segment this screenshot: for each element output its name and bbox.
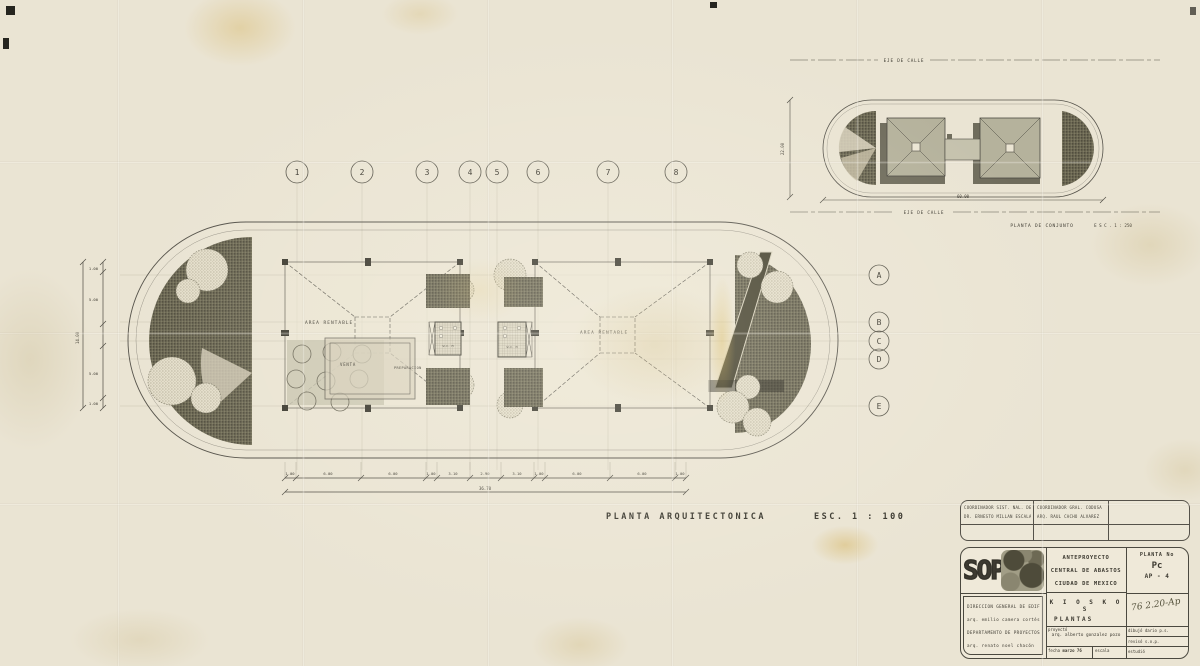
kiosk-roof-right (973, 118, 1040, 184)
plan-scale-text: ESC. 1 : 100 (814, 512, 905, 522)
svg-text:7: 7 (606, 168, 611, 177)
grid-row-bubbles: A B C D E (869, 265, 889, 416)
svg-text:1.00: 1.00 (534, 471, 544, 476)
sop-logo: SOP (961, 548, 1003, 592)
fecha-cell: fecha marzo 76 (1046, 646, 1093, 658)
edge-mark-left (3, 38, 9, 49)
fecha-label: fecha (1048, 648, 1060, 653)
drawing-sheet: 1 2 3 4 5 6 7 8 A B C D E (0, 0, 1200, 666)
coordination-divider-2 (1108, 501, 1109, 540)
svg-text:6.00: 6.00 (323, 471, 333, 476)
escala-label: escala (1095, 648, 1109, 653)
wc-right-label: W.C. H (507, 345, 518, 349)
svg-text:2.90: 2.90 (480, 471, 490, 476)
svg-text:C: C (877, 337, 882, 346)
coordination-hline (961, 524, 1189, 525)
reviso-cell: revisó s.o.p. (1126, 637, 1188, 647)
grid-column-bubbles: 1 2 3 4 5 6 7 8 (286, 161, 687, 183)
coordination-cell1-role: COORDINADOR SIST. NAL. DE ABASTOS (964, 503, 1031, 512)
svg-text:B: B (877, 318, 882, 327)
street-axis-bottom: EJE DE CALLE (790, 210, 1160, 216)
plan-title: PLANTA ARQUITECTONICA ESC. 1 : 100 (606, 512, 905, 522)
svg-text:E: E (877, 402, 882, 411)
svg-text:60.00: 60.00 (957, 194, 970, 199)
kiosk-bridge (945, 134, 980, 160)
svg-text:6.00: 6.00 (388, 471, 398, 476)
department-subtitle: DEPARTAMENTO DE PROYECTOS (967, 626, 1040, 639)
department-cell: DIRECCION GENERAL DE EDIFICIOS arq. emil… (963, 596, 1043, 655)
site-plan-scale: E S C . 1 : 250 (1094, 223, 1132, 228)
fecha-escala-row: fecha marzo 76 escala (1046, 646, 1126, 658)
proyecto-cell: proyectó arq. alberto gonzalez pozo (1046, 626, 1126, 647)
estudio-label: estudió (1128, 649, 1145, 654)
svg-text:3: 3 (425, 168, 430, 177)
svg-text:8: 8 (674, 168, 679, 177)
svg-text:1.00: 1.00 (675, 471, 685, 476)
department-architect-1: arq. emilio camera cortés (967, 613, 1040, 626)
svg-text:A: A (877, 271, 882, 280)
sheet-number-cell: PLANTA No Pc AP - 4 (1126, 548, 1188, 594)
project-line-2: CENTRAL DE ABASTOS (1046, 565, 1126, 578)
kiosk-roof-left (880, 118, 945, 184)
project-line-1: ANTEPROYECTO (1046, 552, 1126, 565)
coordination-cell-2: COORDINADOR GRAL. CODUSA ARQ. RAUL CACHO… (1037, 503, 1106, 523)
coordination-table: COORDINADOR SIST. NAL. DE ABASTOS DR. ER… (960, 500, 1190, 541)
drawing-name: K I O S K O S (1046, 599, 1126, 613)
site-plan-caption: PLANTA DE CONJUNTO (1010, 223, 1073, 229)
title-block: SOP DIRECCION GENERAL DE EDIFICIOS arq. … (960, 547, 1189, 659)
svg-text:1.00: 1.00 (426, 471, 436, 476)
estudio-cell: estudió (1126, 647, 1188, 658)
svg-text:EJE DE CALLE: EJE DE CALLE (884, 58, 925, 64)
total-dim-left: 14.00 (75, 331, 80, 344)
edge-mark-topright (1190, 7, 1196, 15)
proyecto-label: proyectó (1048, 627, 1126, 632)
reviso-value: s.o.p. (1145, 639, 1159, 644)
total-dim-bottom: 36.70 (479, 486, 492, 491)
site-plan: EJE DE CALLE (775, 50, 1195, 235)
coordination-divider-1 (1033, 501, 1034, 540)
coordination-cell1-name: DR. ERNESTO MILLAN ESCALANTE (964, 512, 1031, 521)
wc-blocks: W.C. M W.C. H (429, 322, 532, 357)
svg-text:D: D (877, 355, 882, 364)
venta-label: VENTA (340, 362, 356, 367)
site-dim-left: 22.00 (780, 97, 793, 200)
svg-text:2: 2 (360, 168, 365, 177)
svg-text:3.10: 3.10 (448, 471, 458, 476)
fecha-value: marzo 76 (1062, 648, 1081, 653)
svg-text:SOP: SOP (963, 556, 1003, 586)
department-title: DIRECCION GENERAL DE EDIFICIOS (967, 600, 1040, 613)
department-architect-2: arq. renato noel chacón (967, 639, 1040, 652)
site-planting-right (1062, 111, 1094, 186)
site-dim-bottom: 60.00 (820, 194, 1106, 203)
dimension-line-left: 1.00 5.00 5.00 1.00 14.00 (75, 259, 106, 411)
svg-text:1.00: 1.00 (285, 471, 295, 476)
coordination-cell2-name: ARQ. RAUL CACHO ALVAREZ (1037, 512, 1106, 521)
site-planting-left (839, 111, 876, 185)
area-rentable-right-label: AREA RENTABLE (580, 330, 628, 336)
preparacion-label: PREPARACION (394, 366, 422, 370)
svg-text:5.00: 5.00 (89, 371, 99, 376)
svg-text:4: 4 (468, 168, 473, 177)
svg-text:6.00: 6.00 (637, 471, 647, 476)
pavilion-right: AREA RENTABLE (531, 258, 714, 412)
dibujo-label: dibujó (1128, 628, 1142, 633)
svg-text:5: 5 (495, 168, 500, 177)
coordination-cell2-role: COORDINADOR GRAL. CODUSA (1037, 503, 1106, 512)
svg-text:1: 1 (295, 168, 300, 177)
street-axis-top: EJE DE CALLE (790, 58, 1160, 64)
wc-left-label: W.C. M (443, 344, 454, 348)
svg-text:22.00: 22.00 (780, 142, 785, 155)
coordination-cell-1: COORDINADOR SIST. NAL. DE ABASTOS DR. ER… (964, 503, 1031, 523)
edge-mark-top (710, 2, 717, 8)
area-rentable-left-label: AREA RENTABLE (305, 320, 353, 326)
dibujo-value: dario p.s. (1145, 628, 1169, 633)
sheet-number: AP - 4 (1126, 573, 1188, 580)
project-name-cell: ANTEPROYECTO CENTRAL DE ABASTOS CIUDAD D… (1046, 548, 1126, 593)
svg-text:5.00: 5.00 (89, 297, 99, 302)
dimension-line-bottom: 1.00 6.00 6.00 1.00 3.10 2.90 3.10 1.00 … (282, 462, 689, 495)
proyecto-value: arq. alberto gonzalez pozo (1046, 633, 1126, 638)
corner-mark-topleft (6, 6, 15, 15)
logo-camo-graphic (1001, 550, 1044, 591)
sheet-code: Pc (1126, 561, 1188, 571)
svg-text:1.00: 1.00 (89, 401, 99, 406)
project-line-3: CIUDAD DE MEXICO (1046, 578, 1126, 591)
plan-title-text: PLANTA ARQUITECTONICA (606, 512, 766, 522)
escala-cell: escala (1093, 646, 1126, 658)
svg-text:EJE DE CALLE: EJE DE CALLE (904, 210, 945, 216)
drawing-type: PLANTAS (1054, 616, 1188, 623)
reviso-label: revisó (1128, 639, 1142, 644)
svg-text:6.00: 6.00 (572, 471, 582, 476)
svg-text:1.00: 1.00 (89, 266, 99, 271)
svg-text:3.10: 3.10 (512, 471, 522, 476)
sheet-label: PLANTA No (1126, 552, 1188, 558)
svg-text:6: 6 (536, 168, 541, 177)
dibujo-cell: dibujó dario p.s. (1126, 626, 1188, 637)
logo-cell: SOP (961, 548, 1046, 594)
